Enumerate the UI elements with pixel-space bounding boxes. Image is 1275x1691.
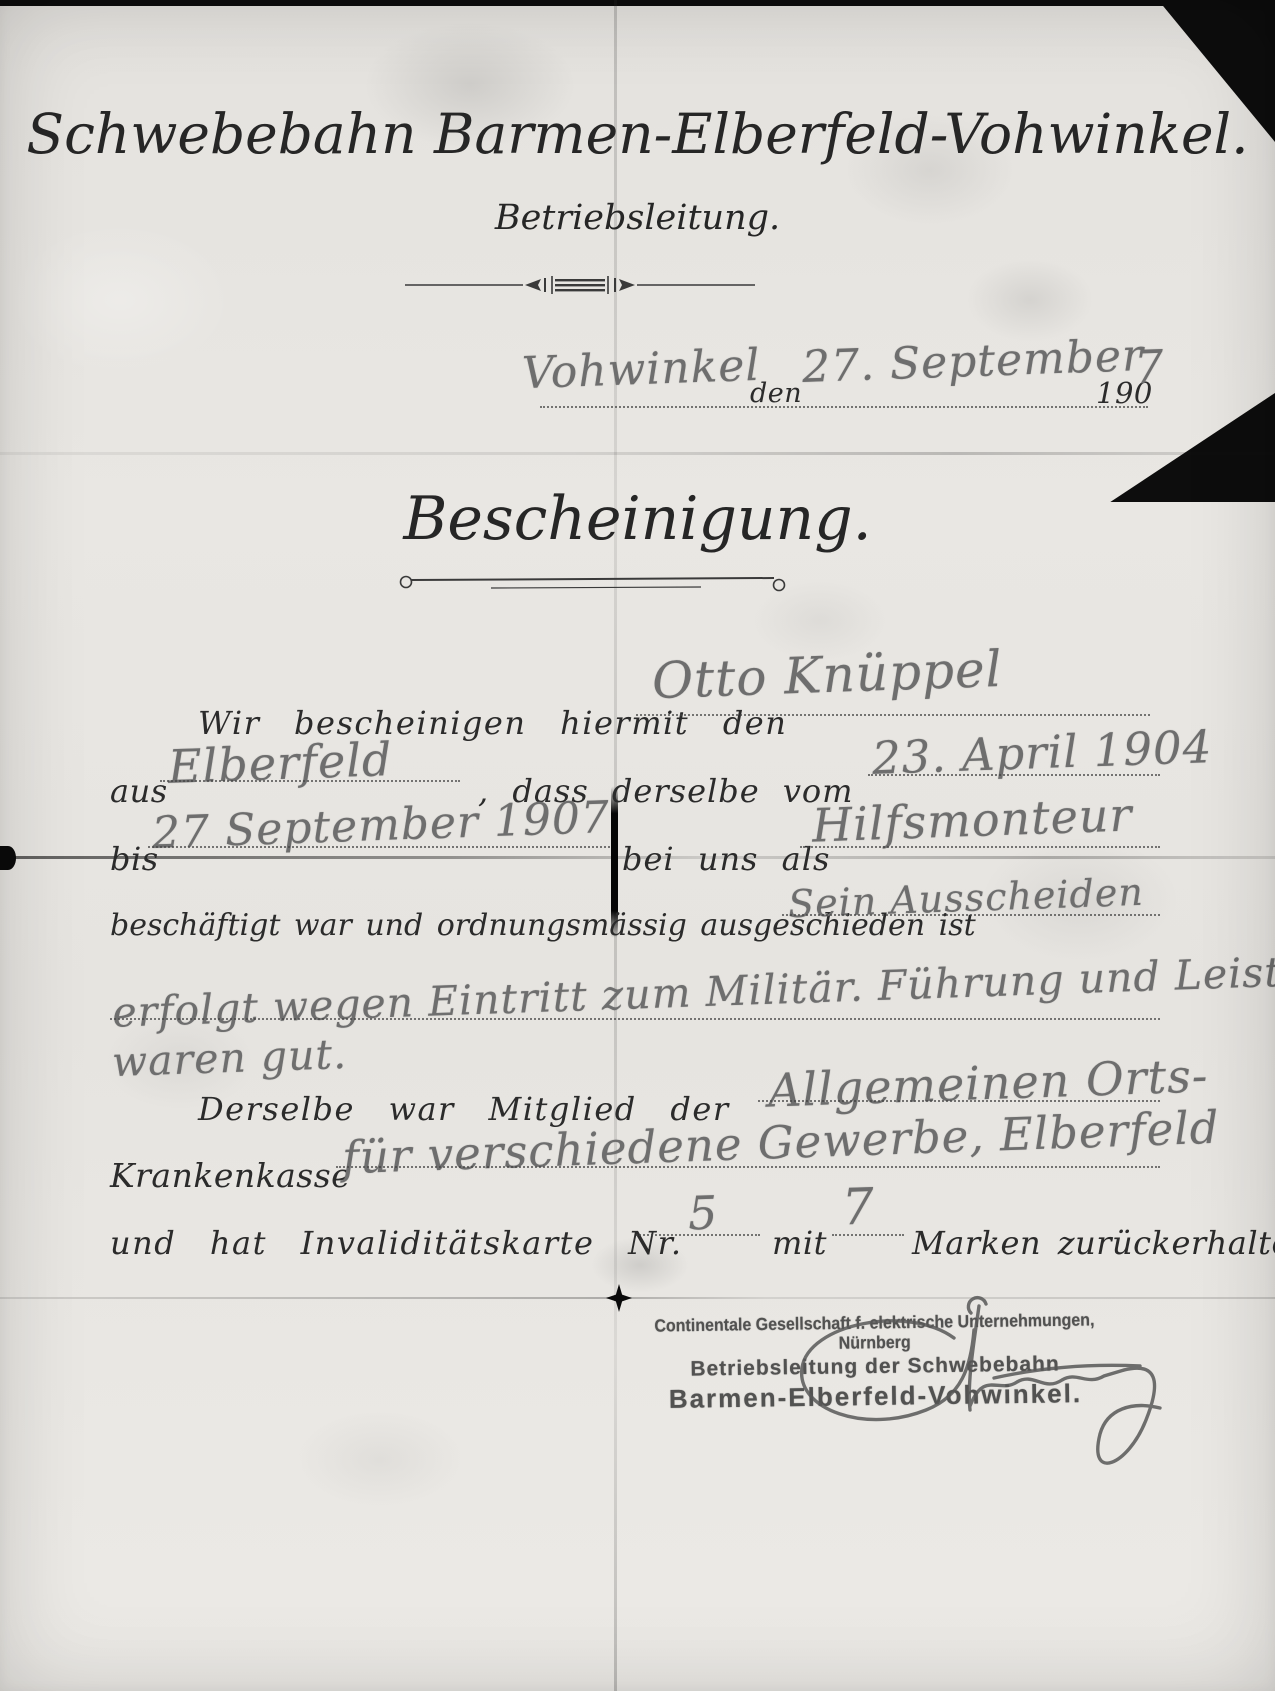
- dateline-dotted-rule: [540, 406, 1148, 408]
- dateline-den-label: den: [750, 378, 802, 409]
- reason-line3-handwritten: waren gut.: [111, 1030, 348, 1086]
- dotted-rule: [800, 846, 1160, 848]
- certificate-title: Bescheinigung.: [0, 484, 1275, 554]
- employee-name-handwritten: Otto Knüppel: [651, 640, 1003, 710]
- dateline-place-handwritten: Vohwinkel: [521, 340, 761, 399]
- department-title: Betriebsleitung.: [0, 198, 1275, 238]
- dateline-year-handwritten: 7: [1133, 339, 1165, 394]
- marken-printed: Marken zurückerhalten.: [912, 1224, 1275, 1262]
- dotted-rule: [868, 774, 1160, 776]
- origin-handwritten: Elberfeld: [167, 732, 393, 794]
- mit-label-printed: mit: [772, 1224, 827, 1262]
- dotted-rule: [758, 1100, 1160, 1102]
- dotted-rule: [336, 1166, 1160, 1168]
- title-underline-ornament: [396, 572, 790, 596]
- company-title: Schwebebahn Barmen-Elberfeld-Vohwinkel.: [0, 102, 1275, 166]
- dotted-rule: [160, 780, 460, 782]
- krankenkasse-label-printed: Krankenkasse: [110, 1156, 351, 1195]
- divider-ornament-icon: [405, 274, 755, 296]
- invaliditaetskarte-printed: und hat Invaliditätskarte Nr.: [110, 1224, 683, 1262]
- dotted-rule: [148, 846, 610, 848]
- aus-label-printed: aus: [110, 772, 168, 810]
- document-scan: Schwebebahn Barmen-Elberfeld-Vohwinkel. …: [0, 0, 1275, 1691]
- marken-anzahl-handwritten: 7: [841, 1177, 876, 1236]
- dotted-rule: [636, 1234, 760, 1236]
- occupation-handwritten: Hilfsmonteur: [811, 787, 1133, 852]
- torn-edge-top: [0, 0, 1275, 6]
- dotted-rule: [832, 1234, 904, 1236]
- dotted-rule: [782, 914, 1160, 916]
- dotted-rule: [636, 714, 1150, 716]
- dotted-rule: [110, 1018, 1160, 1020]
- signature-handwritten: [758, 1282, 1198, 1572]
- karte-nummer-handwritten: 5: [687, 1185, 719, 1240]
